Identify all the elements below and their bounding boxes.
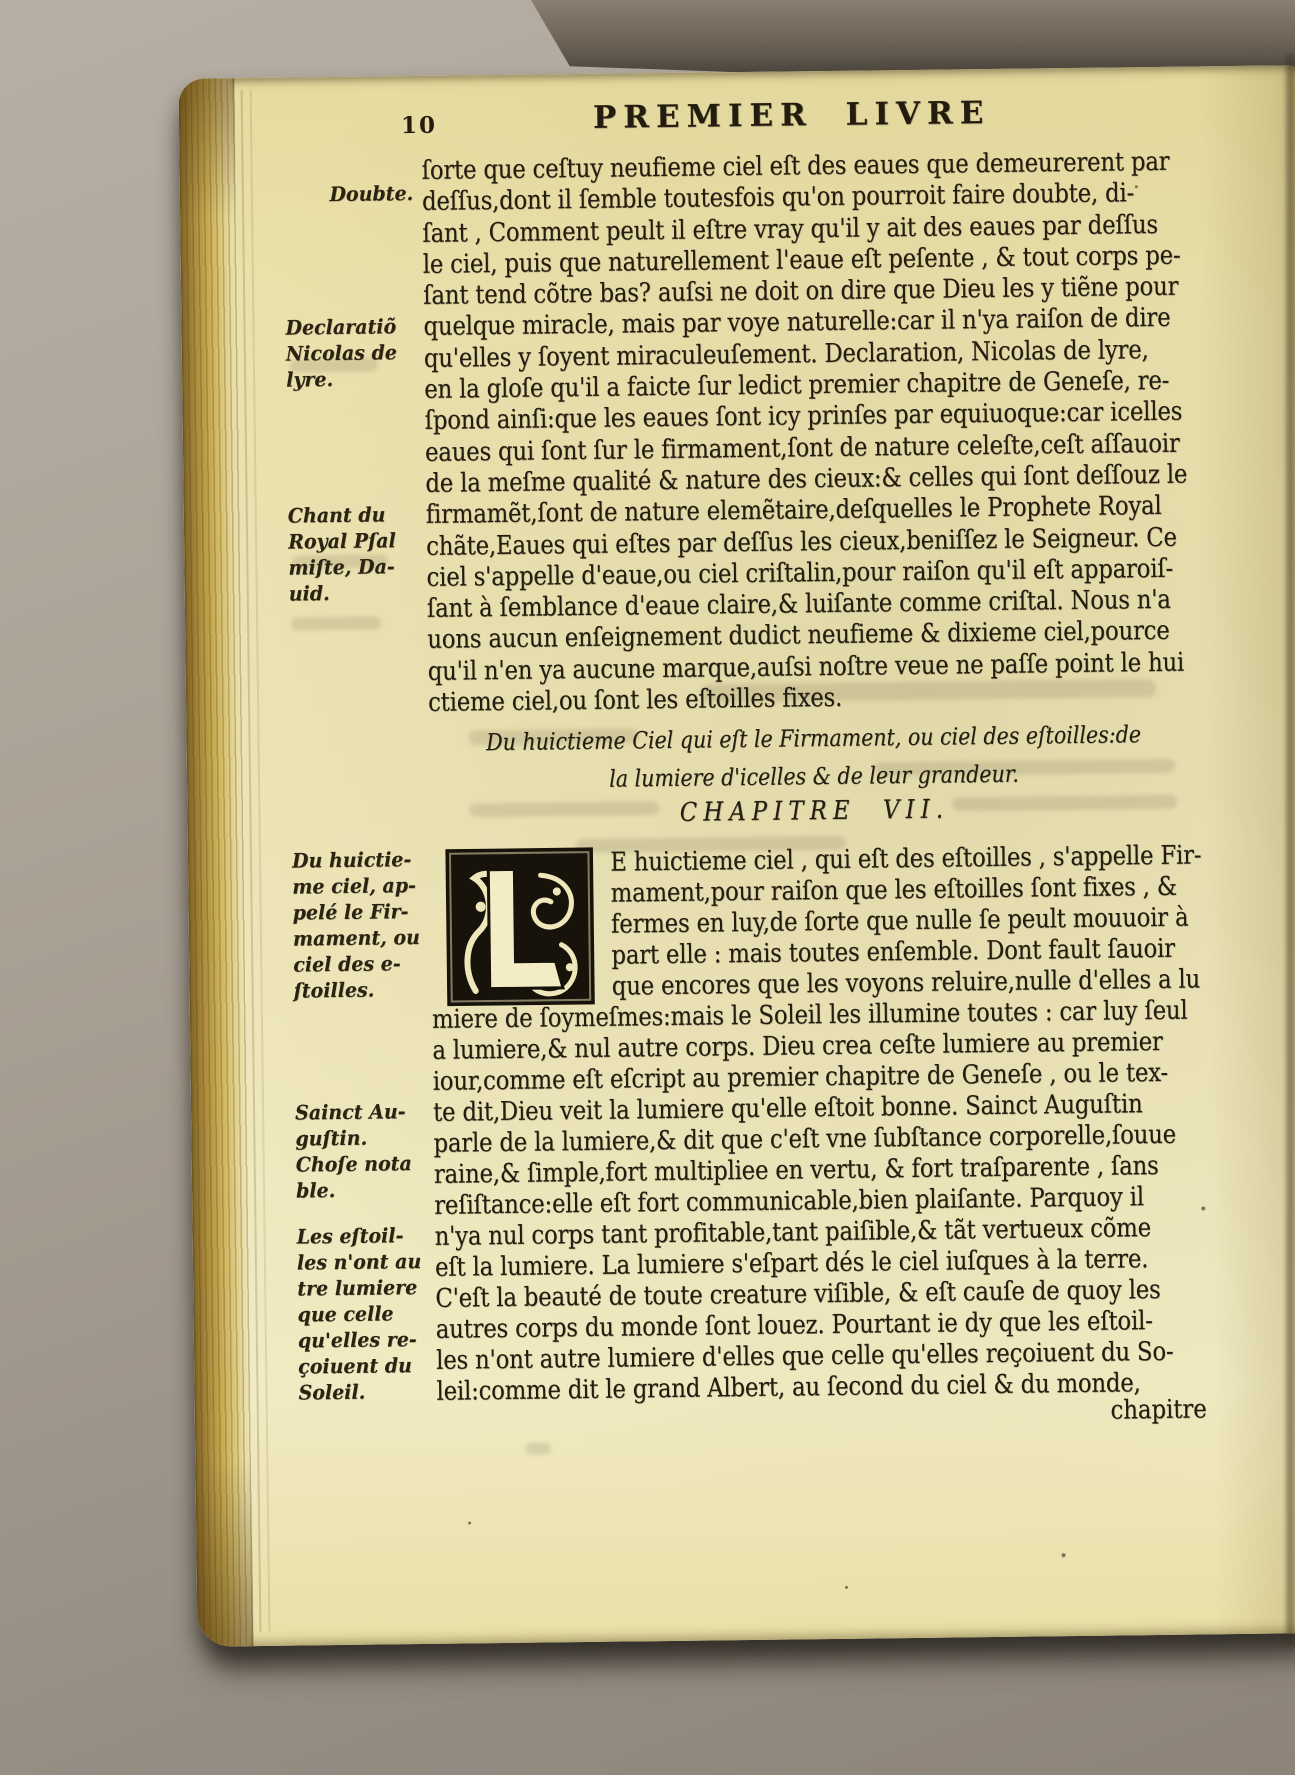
page-number: 10 [401,112,437,139]
margin-note: Chant du Royal Pſal miſte, Da- uid. [288,501,434,607]
margin-note: Sainct Au- guſtin. Choſe nota ble. [295,1098,441,1204]
page-surface: 10 PREMIER LIVRE Doubte. Declaratiõ Nico… [178,65,1295,1647]
margin-note: Les eſtoil- les n'ont au tre lumiere que… [296,1222,443,1406]
dust-speck [845,1586,848,1589]
page-right-edge-shadow [1286,55,1295,1645]
section-heading-line: Du huictieme Ciel qui eſt le Firmament, … [428,719,1198,756]
text-column: ſorte que ceſtuy neufieme ciel eſt des e… [421,147,1207,1486]
paper-fold-line [250,90,271,1632]
woodcut-dropcap-initial-L [444,846,596,1008]
dust-speck [468,1521,471,1524]
chapter-title: CHAPITRE VII. [429,791,1199,830]
margin-note: Du huictie- me ciel, ap- pelé le Fir- ma… [292,846,438,1004]
paragraph: ſorte que ceſtuy neufieme ciel eſt des e… [421,147,1198,720]
running-title: PREMIER LIVRE [593,95,991,136]
bleed-through-smudge [291,616,381,630]
margin-note: Declaratiõ Nicolas de lyre. [285,313,430,393]
section-heading-line: la lumiere d'icelles & de leur grandeur. [429,757,1199,794]
dust-speck [1062,1553,1066,1557]
chapter-paragraph: E huictieme ciel , qui eſt des eſtoilles… [430,840,1207,1407]
photo-scene: 10 PREMIER LIVRE Doubte. Declaratiõ Nico… [0,0,1295,1775]
book-page: 10 PREMIER LIVRE Doubte. Declaratiõ Nico… [178,65,1295,1647]
